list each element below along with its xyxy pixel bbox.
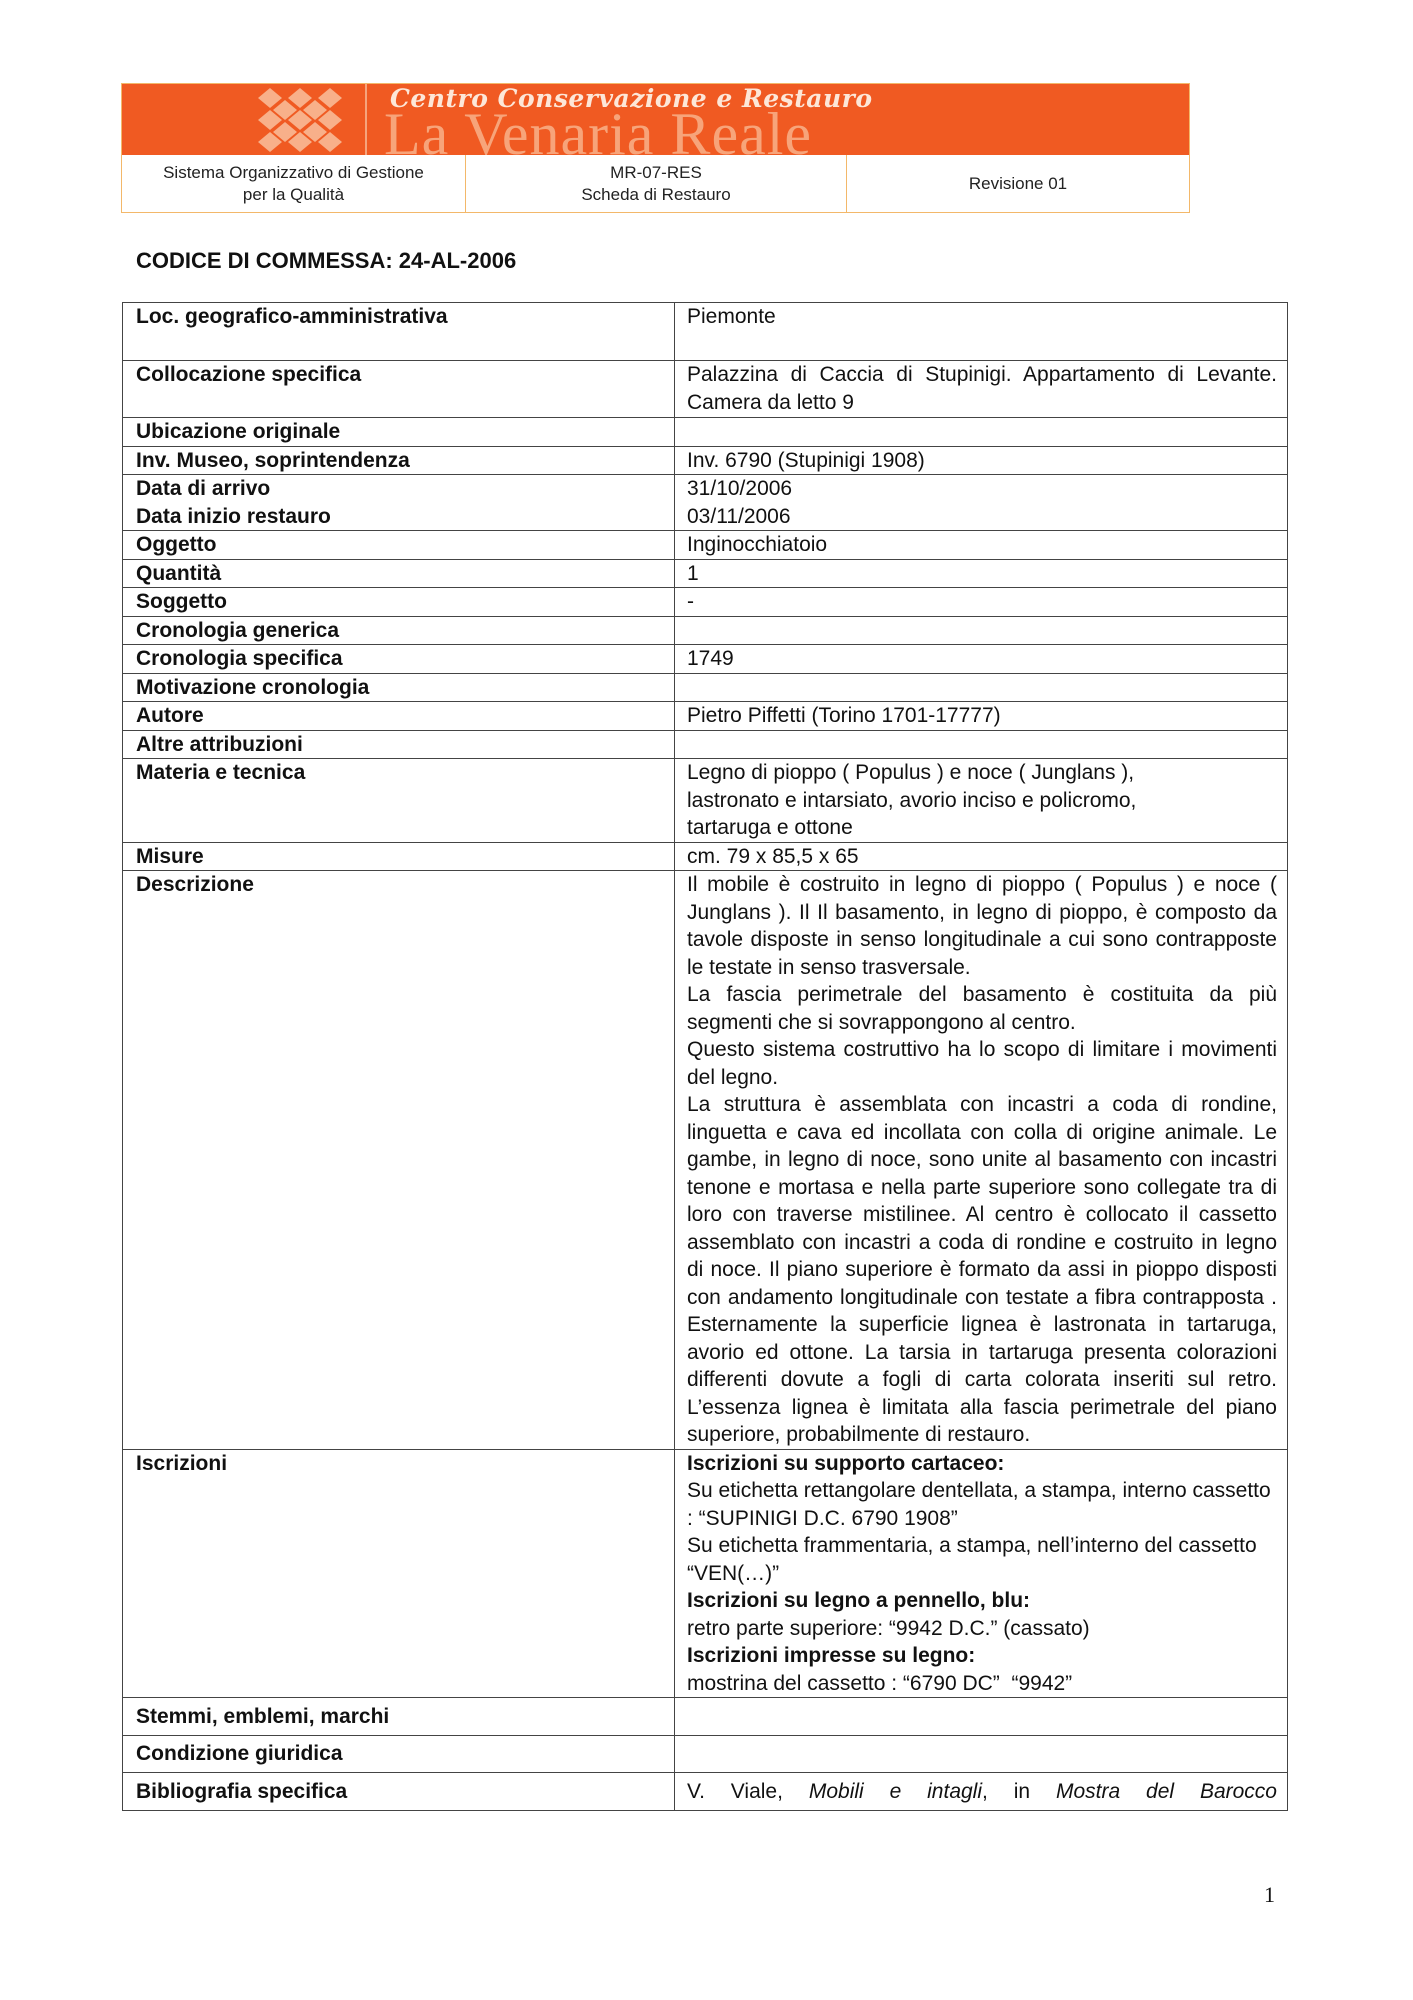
field-value: 1 (675, 559, 1288, 588)
table-row: Stemmi, emblemi, marchi (123, 1698, 1288, 1736)
field-label: Stemmi, emblemi, marchi (123, 1698, 675, 1736)
field-label: Quantità (123, 559, 675, 588)
bibliography-title: Mobili e intagli (809, 1780, 982, 1803)
field-label: Cronologia generica (123, 616, 675, 645)
bibliography-source: Mostra del Barocco (1056, 1780, 1277, 1803)
document-header: La Venaria Reale Centro Conservazione e … (121, 83, 1190, 213)
field-value (675, 730, 1288, 759)
table-row: Descrizione Il mobile è costruito in leg… (123, 871, 1288, 1450)
field-label: Bibliografia specifica (123, 1773, 675, 1811)
field-label: Motivazione cronologia (123, 673, 675, 702)
table-row: Inv. Museo, soprintendenza Inv. 6790 (St… (123, 446, 1288, 475)
field-label: Inv. Museo, soprintendenza (123, 446, 675, 475)
field-label: Cronologia specifica (123, 645, 675, 674)
field-label: Materia e tecnica (123, 759, 675, 843)
inscription-text: Su etichetta rettangolare dentellata, a … (687, 1477, 1277, 1532)
description-paragraph: Il mobile è costruito in legno di pioppo… (687, 871, 1277, 981)
inscription-heading: Iscrizioni su legno a pennello, blu: (687, 1587, 1277, 1615)
description-value: Il mobile è costruito in legno di pioppo… (675, 871, 1288, 1450)
job-code-heading: CODICE DI COMMESSA: 24-AL-2006 (136, 248, 516, 274)
inscription-heading: Iscrizioni su supporto cartaceo: (687, 1450, 1277, 1478)
bibliography-value: V. Viale, Mobili e intagli, in Mostra de… (675, 1773, 1288, 1811)
field-label: Soggetto (123, 588, 675, 617)
field-value: 1749 (675, 645, 1288, 674)
table-row: Condizione giuridica (123, 1736, 1288, 1773)
field-label: Collocazione specifica (123, 361, 675, 418)
table-row: Bibliografia specifica V. Viale, Mobili … (123, 1773, 1288, 1811)
field-label: Misure (123, 842, 675, 871)
inscription-text: retro parte superiore: “9942 D.C.” (cass… (687, 1615, 1277, 1643)
field-value (675, 673, 1288, 702)
field-value: cm. 79 x 85,5 x 65 (675, 842, 1288, 871)
table-row: Ubicazione originale (123, 418, 1288, 447)
field-value: - (675, 588, 1288, 617)
table-row: Cronologia generica (123, 616, 1288, 645)
field-value: Legno di pioppo ( Populus ) e noce ( Jun… (675, 759, 1288, 843)
field-value (675, 1698, 1288, 1736)
field-value: Inv. 6790 (Stupinigi 1908) (675, 446, 1288, 475)
field-label: Data di arrivoData inizio restauro (123, 475, 675, 531)
table-row: Materia e tecnica Legno di pioppo ( Popu… (123, 759, 1288, 843)
logo-band: La Venaria Reale Centro Conservazione e … (122, 84, 1189, 155)
inscription-text: Su etichetta frammentaria, a stampa, nel… (687, 1532, 1277, 1587)
table-row: Autore Pietro Piffetti (Torino 1701-1777… (123, 702, 1288, 731)
table-row: Quantità 1 (123, 559, 1288, 588)
revision-cell: Revisione 01 (846, 155, 1189, 212)
field-value (675, 616, 1288, 645)
logo-subtitle: Centro Conservazione e Restauro (390, 84, 873, 113)
table-row: Cronologia specifica 1749 (123, 645, 1288, 674)
quality-system-cell: Sistema Organizzativo di Gestioneper la … (122, 155, 465, 212)
field-value: Piemonte (675, 303, 1288, 361)
table-row: Misure cm. 79 x 85,5 x 65 (123, 842, 1288, 871)
field-label: Autore (123, 702, 675, 731)
description-paragraph: La struttura è assemblata con incastri a… (687, 1091, 1277, 1449)
field-label: Altre attribuzioni (123, 730, 675, 759)
field-label: Ubicazione originale (123, 418, 675, 447)
restoration-record-table: Loc. geografico-amministrativa Piemonte … (122, 302, 1288, 1811)
field-label: Descrizione (123, 871, 675, 1450)
table-row: Motivazione cronologia (123, 673, 1288, 702)
page-number: 1 (1264, 1882, 1275, 1908)
field-label: Loc. geografico-amministrativa (123, 303, 675, 361)
inscription-heading: Iscrizioni impresse su legno: (687, 1642, 1277, 1670)
table-row: Soggetto - (123, 588, 1288, 617)
field-label: Oggetto (123, 531, 675, 560)
description-paragraph: La fascia perimetrale del basamento è co… (687, 981, 1277, 1036)
field-value: Pietro Piffetti (Torino 1701-17777) (675, 702, 1288, 731)
field-value (675, 418, 1288, 447)
diamond-lattice-logo-icon (255, 88, 345, 152)
field-value: Inginocchiatoio (675, 531, 1288, 560)
table-row: Iscrizioni Iscrizioni su supporto cartac… (123, 1449, 1288, 1698)
form-code-cell: MR-07-RESScheda di Restauro (465, 155, 846, 212)
field-label: Iscrizioni (123, 1449, 675, 1698)
field-value (675, 1736, 1288, 1773)
inscriptions-value: Iscrizioni su supporto cartaceo: Su etic… (675, 1449, 1288, 1698)
table-row: Collocazione specifica Palazzina di Cacc… (123, 361, 1288, 418)
inscription-text: mostrina del cassetto : “6790 DC” “9942” (687, 1670, 1277, 1698)
table-row: Oggetto Inginocchiatoio (123, 531, 1288, 560)
table-row: Altre attribuzioni (123, 730, 1288, 759)
logo-divider (365, 84, 367, 155)
field-label: Condizione giuridica (123, 1736, 675, 1773)
field-value: 31/10/200603/11/2006 (675, 475, 1288, 531)
description-paragraph: Questo sistema costruttivo ha lo scopo d… (687, 1036, 1277, 1091)
table-row: Data di arrivoData inizio restauro 31/10… (123, 475, 1288, 531)
table-row: Loc. geografico-amministrativa Piemonte (123, 303, 1288, 361)
header-info-row: Sistema Organizzativo di Gestioneper la … (122, 155, 1189, 212)
field-value: Palazzina di Caccia di Stupinigi. Appart… (675, 361, 1288, 418)
